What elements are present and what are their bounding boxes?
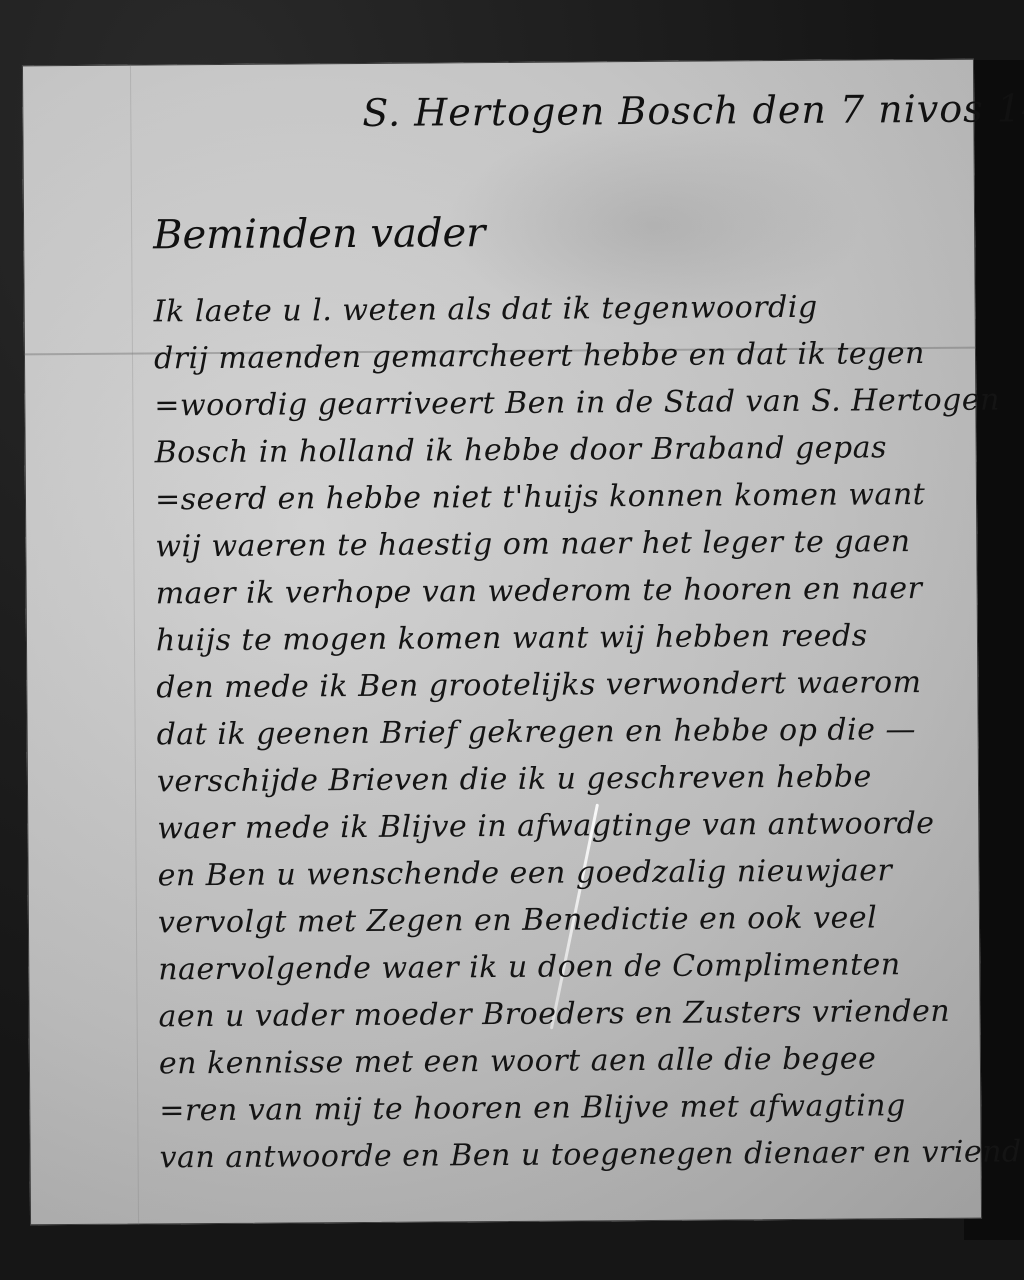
letter-line: wij waeren te haestig om naer het leger … xyxy=(155,524,910,564)
letter-line: =seerd en hebbe niet t'huijs konnen kome… xyxy=(155,477,926,517)
letter-line: den mede ik Ben grootelijks verwondert w… xyxy=(156,665,921,705)
letter-line: Bosch in holland ik hebbe door Braband g… xyxy=(155,430,888,470)
letter-line: maer ik verhope van wederom te hooren en… xyxy=(156,571,923,611)
letter-line: en Ben u wenschende een goedzalig nieuwj… xyxy=(158,853,893,893)
letter-heading-place-date: S. Hertogen Bosch den 7 nivos 14 Jan xyxy=(362,86,1024,135)
letter-page: S. Hertogen Bosch den 7 nivos 14 Jan Bem… xyxy=(22,59,982,1226)
letter-line: =ren van mij te hooren en Blijve met afw… xyxy=(159,1088,906,1128)
letter-line: van antwoorde en Ben u toegenegen dienae… xyxy=(159,1134,1021,1175)
letter-line: huijs te mogen komen want wij hebben ree… xyxy=(156,618,868,658)
paper-fold-vertical xyxy=(130,65,139,1225)
letter-line: vervolgt met Zegen en Benedictie en ook … xyxy=(158,900,877,940)
letter-line: Ik laete u l. weten als dat ik tegenwoor… xyxy=(154,290,818,330)
letter-line: en kennisse met een woort aen alle die b… xyxy=(159,1041,877,1081)
letter-salutation: Beminden vader xyxy=(153,210,485,258)
letter-line: dat ik geenen Brief gekregen en hebbe op… xyxy=(157,712,917,752)
letter-line: naervolgende waer ik u doen de Complimen… xyxy=(158,947,901,987)
letter-line: =woordig gearriveert Ben in de Stad van … xyxy=(154,383,1000,424)
letter-line: drij maenden gemarcheert hebbe en dat ik… xyxy=(154,336,925,376)
letter-line: waer mede ik Blijve in afwagtinge van an… xyxy=(157,806,934,846)
letter-line: aen u vader moeder Broeders en Zusters v… xyxy=(158,994,950,1035)
letter-line: verschijde Brieven die ik u geschreven h… xyxy=(157,759,872,799)
